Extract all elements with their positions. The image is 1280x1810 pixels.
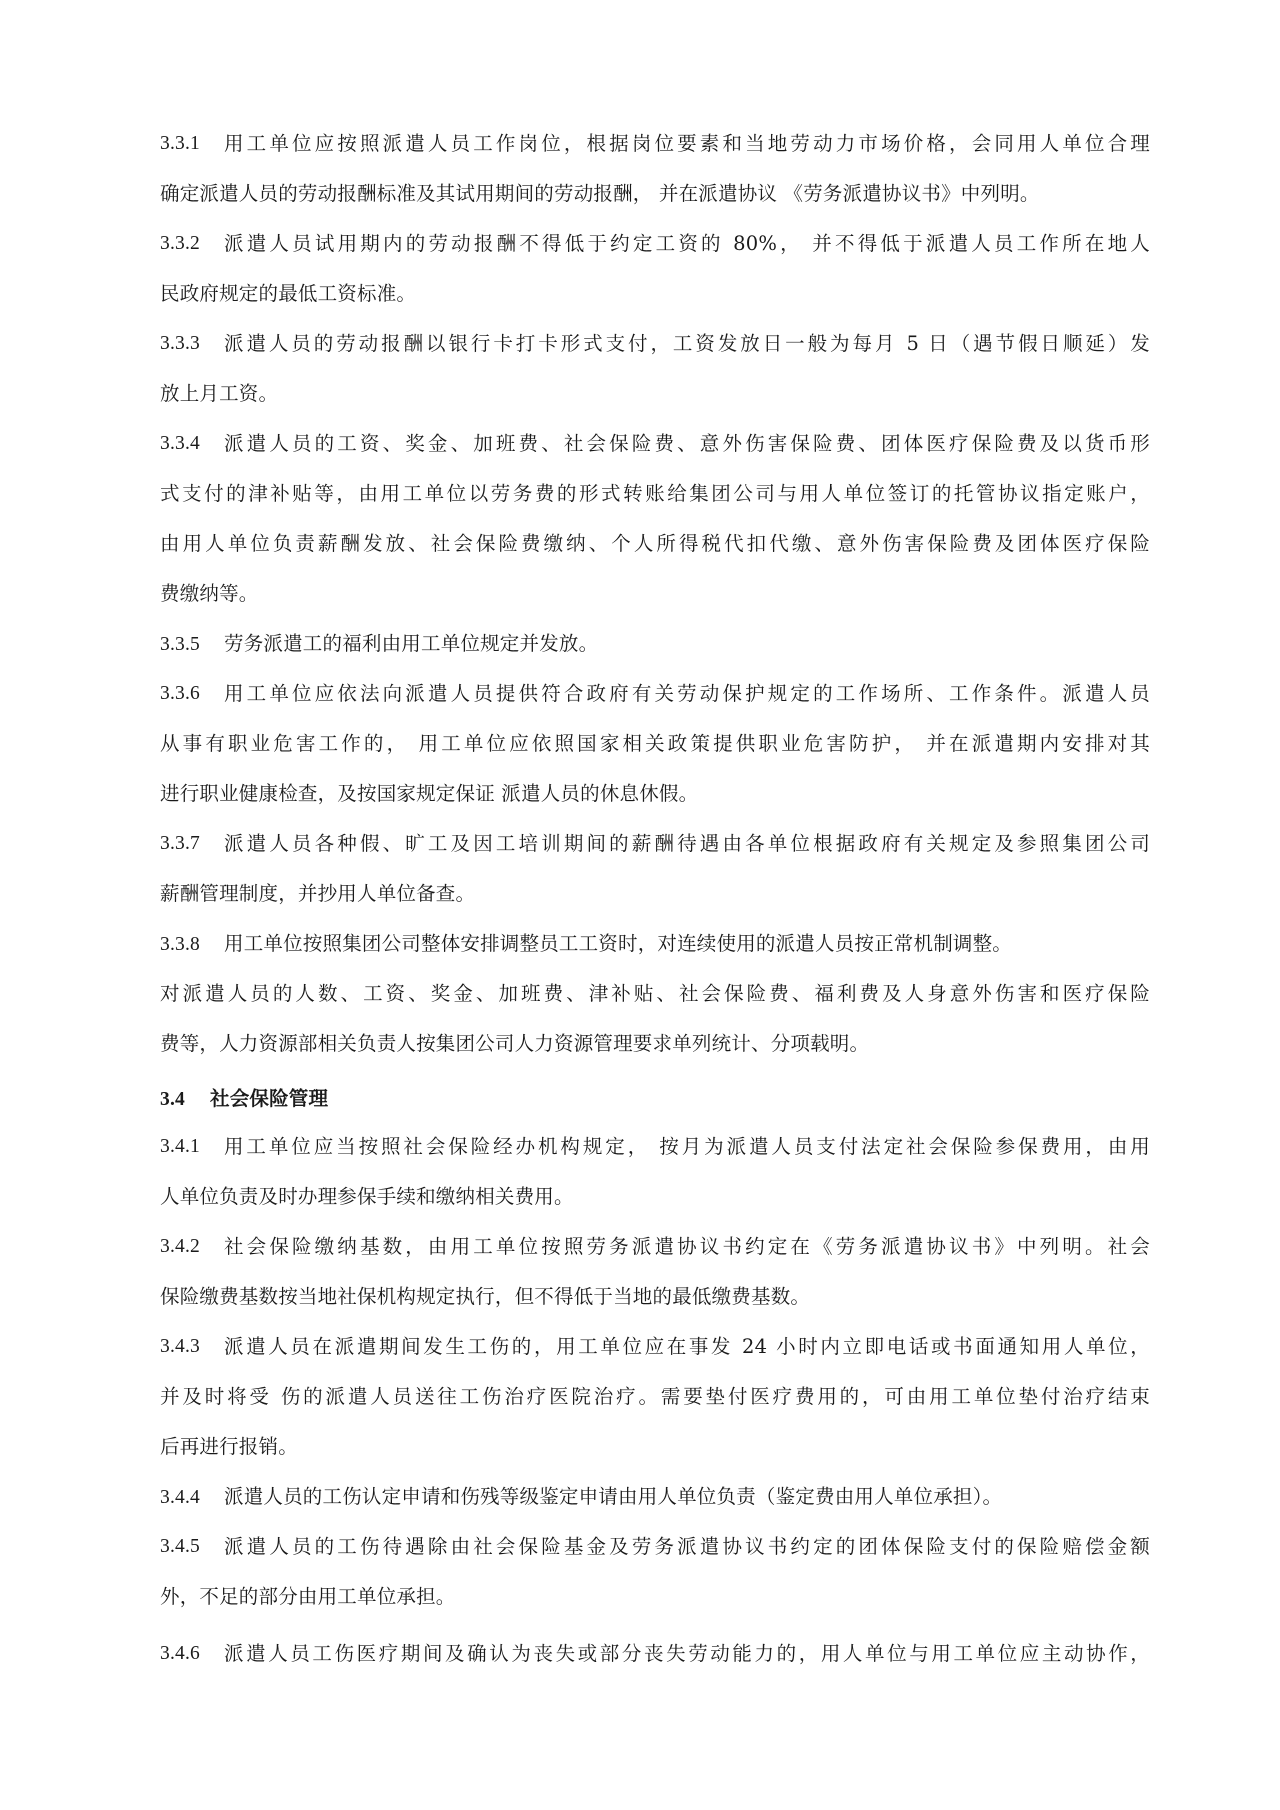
clause-continuation-line: 后再进行报销。	[160, 1433, 298, 1461]
line-text: 对派遣人员的人数、工资、奖金、加班费、津补贴、社会保险费、福利费及人身意外伤害和…	[160, 980, 1150, 1008]
clause-continuation-line: 保险缴费基数按当地社保机构规定执行，但不得低于当地的最低缴费基数。	[160, 1283, 810, 1311]
line-text: 外，不足的部分由用工单位承担。	[160, 1585, 456, 1608]
clause-first-line: 3.3.3派遣人员的劳动报酬以银行卡打卡形式支付，工资发放日一般为每月 5 日（…	[160, 330, 1150, 358]
clause-continuation-line: 费缴纳等。	[160, 580, 259, 608]
clause-first-line: 3.4.3派遣人员在派遣期间发生工伤的，用工单位应在事发 24 小时内立即电话或…	[160, 1333, 1150, 1361]
clause-number: 3.4.3	[160, 1333, 224, 1361]
line-text: 式支付的津补贴等，由用工单位以劳务费的形式转账给集团公司与用人单位签订的托管协议…	[160, 480, 1150, 508]
line-text: 放上月工资。	[160, 382, 278, 405]
clause-first-line: 3.4.6派遣人员工伤医疗期间及确认为丧失或部分丧失劳动能力的，用人单位与用工单…	[160, 1640, 1150, 1668]
line-text: 用工单位按照集团公司整体安排调整员工工资时，对连续使用的派遣人员按正常机制调整。	[224, 932, 1012, 955]
clause-first-line: 3.3.5劳务派遣工的福利由用工单位规定并发放。	[160, 630, 598, 659]
line-text: 用工单位应按照派遣人员工作岗位，根据岗位要素和当地劳动力市场价格，会同用人单位合…	[224, 130, 1150, 158]
line-text: 保险缴费基数按当地社保机构规定执行，但不得低于当地的最低缴费基数。	[160, 1285, 810, 1308]
clause-number: 3.4.2	[160, 1233, 224, 1261]
clause-number: 3.4.5	[160, 1533, 224, 1561]
line-text: 费缴纳等。	[160, 582, 259, 605]
clause-continuation-line: 确定派遣人员的劳动报酬标准及其试用期间的劳动报酬， 并在派遣协议 《劳务派遣协议…	[160, 180, 1040, 208]
clause-number: 3.3.5	[160, 631, 224, 659]
line-text: 薪酬管理制度，并抄用人单位备查。	[160, 882, 475, 905]
clause-number: 3.3.4	[160, 430, 224, 458]
clause-number: 3.3.8	[160, 931, 224, 959]
clause-continuation-line: 人单位负责及时办理参保手续和缴纳相关费用。	[160, 1183, 574, 1211]
line-text: 劳务派遣工的福利由用工单位规定并发放。	[224, 632, 598, 655]
clause-first-line: 3.3.6用工单位应依法向派遣人员提供符合政府有关劳动保护规定的工作场所、工作条…	[160, 680, 1150, 708]
line-text: 派遣人员的劳动报酬以银行卡打卡形式支付，工资发放日一般为每月 5 日（遇节假日顺…	[224, 330, 1150, 358]
clause-number: 3.3.7	[160, 830, 224, 858]
line-text: 后再进行报销。	[160, 1435, 298, 1458]
line-text: 社会保险缴纳基数，由用工单位按照劳务派遣协议书约定在《劳务派遣协议书》中列明。社…	[224, 1233, 1150, 1261]
clause-continuation-line: 费等，人力资源部相关负责人按集团公司人力资源管理要求单列统计、分项载明。	[160, 1030, 869, 1058]
clause-continuation-line: 放上月工资。	[160, 380, 278, 408]
clause-continuation-line: 并及时将受 伤的派遣人员送往工伤治疗医院治疗。需要垫付医疗费用的，可由用工单位垫…	[160, 1383, 1150, 1411]
clause-first-line: 3.3.8用工单位按照集团公司整体安排调整员工工资时，对连续使用的派遣人员按正常…	[160, 930, 1012, 959]
line-text: 进行职业健康检查，及按国家规定保证 派遣人员的休息休假。	[160, 782, 698, 805]
clause-number: 3.3.2	[160, 230, 224, 258]
line-text: 派遣人员工伤医疗期间及确认为丧失或部分丧失劳动能力的，用人单位与用工单位应主动协…	[224, 1640, 1150, 1668]
clause-number: 3.4.4	[160, 1484, 224, 1512]
line-text: 费等，人力资源部相关负责人按集团公司人力资源管理要求单列统计、分项载明。	[160, 1032, 869, 1055]
clause-first-line: 3.3.4派遣人员的工资、奖金、加班费、社会保险费、意外伤害保险费、团体医疗保险…	[160, 430, 1150, 458]
line-text: 从事有职业危害工作的， 用工单位应依照国家相关政策提供职业危害防护， 并在派遣期…	[160, 730, 1150, 758]
line-text: 派遣人员的工伤待遇除由社会保险基金及劳务派遣协议书约定的团体保险支付的保险赔偿金…	[224, 1533, 1150, 1561]
clause-first-line: 3.4.4派遣人员的工伤认定申请和伤残等级鉴定申请由用人单位负责（鉴定费由用人单…	[160, 1483, 1002, 1512]
clause-continuation-line: 民政府规定的最低工资标准。	[160, 280, 416, 308]
line-text: 派遣人员的工资、奖金、加班费、社会保险费、意外伤害保险费、团体医疗保险费及以货币…	[224, 430, 1150, 458]
line-text: 派遣人员试用期内的劳动报酬不得低于约定工资的 80%， 并不得低于派遣人员工作所…	[224, 230, 1150, 258]
line-text: 社会保险管理	[210, 1087, 328, 1110]
line-text: 确定派遣人员的劳动报酬标准及其试用期间的劳动报酬， 并在派遣协议 《劳务派遣协议…	[160, 182, 1040, 205]
clause-first-line: 3.4.5派遣人员的工伤待遇除由社会保险基金及劳务派遣协议书约定的团体保险支付的…	[160, 1533, 1150, 1561]
line-text: 民政府规定的最低工资标准。	[160, 282, 416, 305]
clause-number: 3.3.1	[160, 130, 224, 158]
clause-continuation-line: 从事有职业危害工作的， 用工单位应依照国家相关政策提供职业危害防护， 并在派遣期…	[160, 730, 1150, 758]
clause-continuation-line: 式支付的津补贴等，由用工单位以劳务费的形式转账给集团公司与用人单位签订的托管协议…	[160, 480, 1150, 508]
clause-number: 3.4.6	[160, 1640, 224, 1668]
clause-continuation-line: 外，不足的部分由用工单位承担。	[160, 1583, 456, 1611]
clause-continuation-line: 由用人单位负责薪酬发放、社会保险费缴纳、个人所得税代扣代缴、意外伤害保险费及团体…	[160, 530, 1150, 558]
clause-first-line: 3.3.7派遣人员各种假、旷工及因工培训期间的薪酬待遇由各单位根据政府有关规定及…	[160, 830, 1150, 858]
clause-continuation-line: 进行职业健康检查，及按国家规定保证 派遣人员的休息休假。	[160, 780, 698, 808]
line-text: 用工单位应依法向派遣人员提供符合政府有关劳动保护规定的工作场所、工作条件。派遣人…	[224, 680, 1150, 708]
clause-first-line: 3.4.2社会保险缴纳基数，由用工单位按照劳务派遣协议书约定在《劳务派遣协议书》…	[160, 1233, 1150, 1261]
section-heading: 3.4社会保险管理	[160, 1085, 328, 1114]
clause-continuation-line: 对派遣人员的人数、工资、奖金、加班费、津补贴、社会保险费、福利费及人身意外伤害和…	[160, 980, 1150, 1008]
line-text: 由用人单位负责薪酬发放、社会保险费缴纳、个人所得税代扣代缴、意外伤害保险费及团体…	[160, 530, 1150, 558]
line-text: 人单位负责及时办理参保手续和缴纳相关费用。	[160, 1185, 574, 1208]
clause-number: 3.3.3	[160, 330, 224, 358]
clause-first-line: 3.4.1用工单位应当按照社会保险经办机构规定， 按月为派遣人员支付法定社会保险…	[160, 1133, 1150, 1161]
line-text: 派遣人员的工伤认定申请和伤残等级鉴定申请由用人单位负责（鉴定费由用人单位承担）。	[224, 1485, 1002, 1508]
clause-continuation-line: 薪酬管理制度，并抄用人单位备查。	[160, 880, 475, 908]
line-text: 用工单位应当按照社会保险经办机构规定， 按月为派遣人员支付法定社会保险参保费用，…	[224, 1133, 1150, 1161]
clause-first-line: 3.3.1用工单位应按照派遣人员工作岗位，根据岗位要素和当地劳动力市场价格，会同…	[160, 130, 1150, 158]
clause-number: 3.4.1	[160, 1133, 224, 1161]
clause-number: 3.3.6	[160, 680, 224, 708]
line-text: 并及时将受 伤的派遣人员送往工伤治疗医院治疗。需要垫付医疗费用的，可由用工单位垫…	[160, 1383, 1150, 1411]
line-text: 派遣人员各种假、旷工及因工培训期间的薪酬待遇由各单位根据政府有关规定及参照集团公…	[224, 830, 1150, 858]
clause-number: 3.4	[160, 1086, 210, 1114]
clause-first-line: 3.3.2派遣人员试用期内的劳动报酬不得低于约定工资的 80%， 并不得低于派遣…	[160, 230, 1150, 258]
line-text: 派遣人员在派遣期间发生工伤的，用工单位应在事发 24 小时内立即电话或书面通知用…	[224, 1333, 1150, 1361]
